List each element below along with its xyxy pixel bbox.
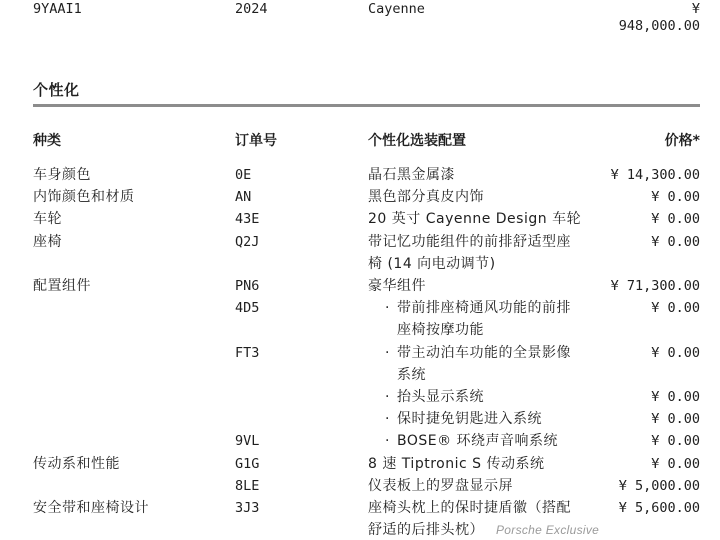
document-page: 9YAAI1 2024 Cayenne ¥948,000.00 个性化 种类 订…: [0, 0, 720, 540]
row-order-code: AN: [235, 186, 368, 208]
bullet-icon: ·: [385, 297, 389, 319]
description-lines: 带主动泊车功能的全景影像系统: [368, 342, 608, 386]
description-text: 晶石黑金属漆: [368, 167, 455, 183]
row-category: 安全带和座椅设计: [33, 497, 235, 540]
table-row: 传动系和性能 G1G 8 速 Tiptronic S 传动系统 ¥ 0.00: [0, 453, 720, 475]
section-title: 个性化: [33, 82, 720, 98]
description-lines: 豪华组件: [368, 275, 608, 297]
description-line: 抬头显示系统: [397, 386, 608, 408]
row-category: 车身颜色: [33, 164, 235, 186]
description-line: 保时捷免钥匙进入系统: [397, 408, 608, 430]
row-description: 晶石黑金属漆: [368, 164, 608, 186]
table-row: 4D5 · 带前排座椅通风功能的前排座椅按摩功能 ¥ 0.00: [0, 297, 720, 341]
bullet-icon: ·: [385, 386, 389, 408]
row-description: · 带前排座椅通风功能的前排座椅按摩功能: [368, 297, 608, 341]
row-price: ¥ 5,600.00: [608, 497, 700, 540]
row-price: ¥ 14,300.00: [608, 164, 700, 186]
row-price: ¥ 0.00: [608, 231, 700, 275]
row-order-code: [235, 408, 368, 430]
row-price: ¥ 0.00: [608, 208, 700, 230]
row-description: 豪华组件: [368, 275, 608, 297]
description-line: 舒适的后排头枕）Porsche Exclusive: [368, 519, 608, 540]
description-line: 带前排座椅通风功能的前排: [397, 297, 608, 319]
description-line: 座椅按摩功能: [397, 319, 608, 341]
header-options: 个性化选装配置: [368, 130, 608, 152]
description-lines: 抬头显示系统: [368, 386, 608, 408]
description-text: 豪华组件: [368, 278, 426, 294]
row-description: · 带主动泊车功能的全景影像系统: [368, 342, 608, 386]
table-row: 9VL · BOSE® 环绕声音响系统 ¥ 0.00: [0, 430, 720, 452]
row-order-code: PN6: [235, 275, 368, 297]
options-table: 车身颜色 0E 晶石黑金属漆 ¥ 14,300.00 内饰颜色和材质 AN 黑色…: [0, 164, 720, 540]
row-price: ¥ 0.00: [608, 408, 700, 430]
row-category: 内饰颜色和材质: [33, 186, 235, 208]
table-row: 车身颜色 0E 晶石黑金属漆 ¥ 14,300.00: [0, 164, 720, 186]
description-text: 系统: [397, 367, 426, 383]
table-row: 安全带和座椅设计 3J3 座椅头枕上的保时捷盾徽（搭配舒适的后排头枕）Porsc…: [0, 497, 720, 540]
description-text: 保时捷免钥匙进入系统: [397, 411, 542, 427]
row-price: ¥ 0.00: [608, 430, 700, 452]
header-category: 种类: [33, 130, 235, 152]
row-category: 座椅: [33, 231, 235, 275]
header-order-code: 订单号: [235, 130, 368, 152]
description-text: 带前排座椅通风功能的前排: [397, 300, 571, 316]
description-line: 黑色部分真皮内饰: [368, 186, 608, 208]
description-text: 带记忆功能组件的前排舒适型座: [368, 234, 571, 250]
row-price: ¥ 71,300.00: [608, 275, 700, 297]
row-category: 车轮: [33, 208, 235, 230]
row-category: 配置组件: [33, 275, 235, 297]
description-lines: 保时捷免钥匙进入系统: [368, 408, 608, 430]
row-order-code: [235, 386, 368, 408]
bullet-icon: ·: [385, 430, 389, 452]
description-text: 20 英寸 Cayenne Design 车轮: [368, 211, 581, 227]
description-line: 系统: [397, 364, 608, 386]
row-category: [33, 386, 235, 408]
section-divider: [33, 104, 700, 107]
description-text: 黑色部分真皮内饰: [368, 189, 484, 205]
description-text: 椅 (14 向电动调节): [368, 256, 496, 272]
row-category: [33, 342, 235, 386]
description-line: BOSE® 环绕声音响系统: [397, 430, 608, 452]
row-description: · 抬头显示系统: [368, 386, 608, 408]
table-row: · 抬头显示系统 ¥ 0.00: [0, 386, 720, 408]
description-text: 座椅头枕上的保时捷盾徽（搭配: [368, 500, 571, 516]
description-lines: 带记忆功能组件的前排舒适型座椅 (14 向电动调节): [368, 231, 608, 275]
description-line: 椅 (14 向电动调节): [368, 253, 608, 275]
bullet-icon: ·: [385, 342, 389, 364]
row-order-code: 3J3: [235, 497, 368, 540]
vehicle-summary-row: 9YAAI1 2024 Cayenne ¥948,000.00: [0, 0, 720, 35]
description-text: 8 速 Tiptronic S 传动系统: [368, 456, 544, 472]
description-lines: 8 速 Tiptronic S 传动系统: [368, 453, 608, 475]
table-header: 种类 订单号 个性化选装配置 价格*: [0, 130, 720, 152]
row-description: 带记忆功能组件的前排舒适型座椅 (14 向电动调节): [368, 231, 608, 275]
table-row: FT3 · 带主动泊车功能的全景影像系统 ¥ 0.00: [0, 342, 720, 386]
header-price: 价格*: [608, 130, 700, 152]
description-line: 座椅头枕上的保时捷盾徽（搭配: [368, 497, 608, 519]
description-text: 抬头显示系统: [397, 389, 484, 405]
table-row: · 保时捷免钥匙进入系统 ¥ 0.00: [0, 408, 720, 430]
row-price: ¥ 5,000.00: [608, 475, 700, 497]
row-price: ¥ 0.00: [608, 297, 700, 341]
description-lines: 20 英寸 Cayenne Design 车轮: [368, 208, 608, 230]
row-category: [33, 430, 235, 452]
vehicle-price-currency: ¥: [692, 1, 700, 17]
row-order-code: G1G: [235, 453, 368, 475]
row-description: 20 英寸 Cayenne Design 车轮: [368, 208, 608, 230]
row-category: [33, 408, 235, 430]
vehicle-model-code: 9YAAI1: [33, 1, 235, 35]
row-description: · BOSE® 环绕声音响系统: [368, 430, 608, 452]
row-description: 座椅头枕上的保时捷盾徽（搭配舒适的后排头枕）Porsche Exclusive: [368, 497, 608, 540]
description-line: 20 英寸 Cayenne Design 车轮: [368, 208, 608, 230]
row-category: [33, 297, 235, 341]
table-row: 内饰颜色和材质 AN 黑色部分真皮内饰 ¥ 0.00: [0, 186, 720, 208]
description-text: BOSE® 环绕声音响系统: [397, 433, 558, 449]
vehicle-model-name: Cayenne: [368, 1, 608, 35]
bullet-icon: ·: [385, 408, 389, 430]
table-row: 座椅 Q2J 带记忆功能组件的前排舒适型座椅 (14 向电动调节) ¥ 0.00: [0, 231, 720, 275]
row-price: ¥ 0.00: [608, 453, 700, 475]
row-description: 8 速 Tiptronic S 传动系统: [368, 453, 608, 475]
description-text: 带主动泊车功能的全景影像: [397, 345, 571, 361]
row-order-code: 8LE: [235, 475, 368, 497]
row-price: ¥ 0.00: [608, 342, 700, 386]
description-line: 带记忆功能组件的前排舒适型座: [368, 231, 608, 253]
vehicle-model-year: 2024: [235, 1, 368, 35]
description-text: 座椅按摩功能: [397, 322, 484, 338]
row-description: 黑色部分真皮内饰: [368, 186, 608, 208]
porsche-exclusive-label: Porsche Exclusive: [496, 523, 599, 537]
description-line: 带主动泊车功能的全景影像: [397, 342, 608, 364]
description-lines: 带前排座椅通风功能的前排座椅按摩功能: [368, 297, 608, 341]
table-row: 车轮 43E 20 英寸 Cayenne Design 车轮 ¥ 0.00: [0, 208, 720, 230]
description-lines: 座椅头枕上的保时捷盾徽（搭配舒适的后排头枕）Porsche Exclusive: [368, 497, 608, 540]
row-order-code: Q2J: [235, 231, 368, 275]
row-order-code: 0E: [235, 164, 368, 186]
row-order-code: 4D5: [235, 297, 368, 341]
row-description: 仪表板上的罗盘显示屏: [368, 475, 608, 497]
description-text: 舒适的后排头枕）: [368, 522, 484, 538]
description-lines: 晶石黑金属漆: [368, 164, 608, 186]
row-category: [33, 475, 235, 497]
description-line: 8 速 Tiptronic S 传动系统: [368, 453, 608, 475]
description-lines: 仪表板上的罗盘显示屏: [368, 475, 608, 497]
description-text: 仪表板上的罗盘显示屏: [368, 478, 513, 494]
description-lines: BOSE® 环绕声音响系统: [368, 430, 608, 452]
row-order-code: FT3: [235, 342, 368, 386]
row-price: ¥ 0.00: [608, 186, 700, 208]
description-line: 晶石黑金属漆: [368, 164, 608, 186]
vehicle-price-amount: 948,000.00: [619, 18, 700, 34]
row-price: ¥ 0.00: [608, 386, 700, 408]
table-row: 配置组件 PN6 豪华组件 ¥ 71,300.00: [0, 275, 720, 297]
row-description: · 保时捷免钥匙进入系统: [368, 408, 608, 430]
description-line: 仪表板上的罗盘显示屏: [368, 475, 608, 497]
description-lines: 黑色部分真皮内饰: [368, 186, 608, 208]
row-category: 传动系和性能: [33, 453, 235, 475]
description-line: 豪华组件: [368, 275, 608, 297]
vehicle-price: ¥948,000.00: [608, 1, 700, 35]
row-order-code: 9VL: [235, 430, 368, 452]
table-row: 8LE 仪表板上的罗盘显示屏 ¥ 5,000.00: [0, 475, 720, 497]
row-order-code: 43E: [235, 208, 368, 230]
